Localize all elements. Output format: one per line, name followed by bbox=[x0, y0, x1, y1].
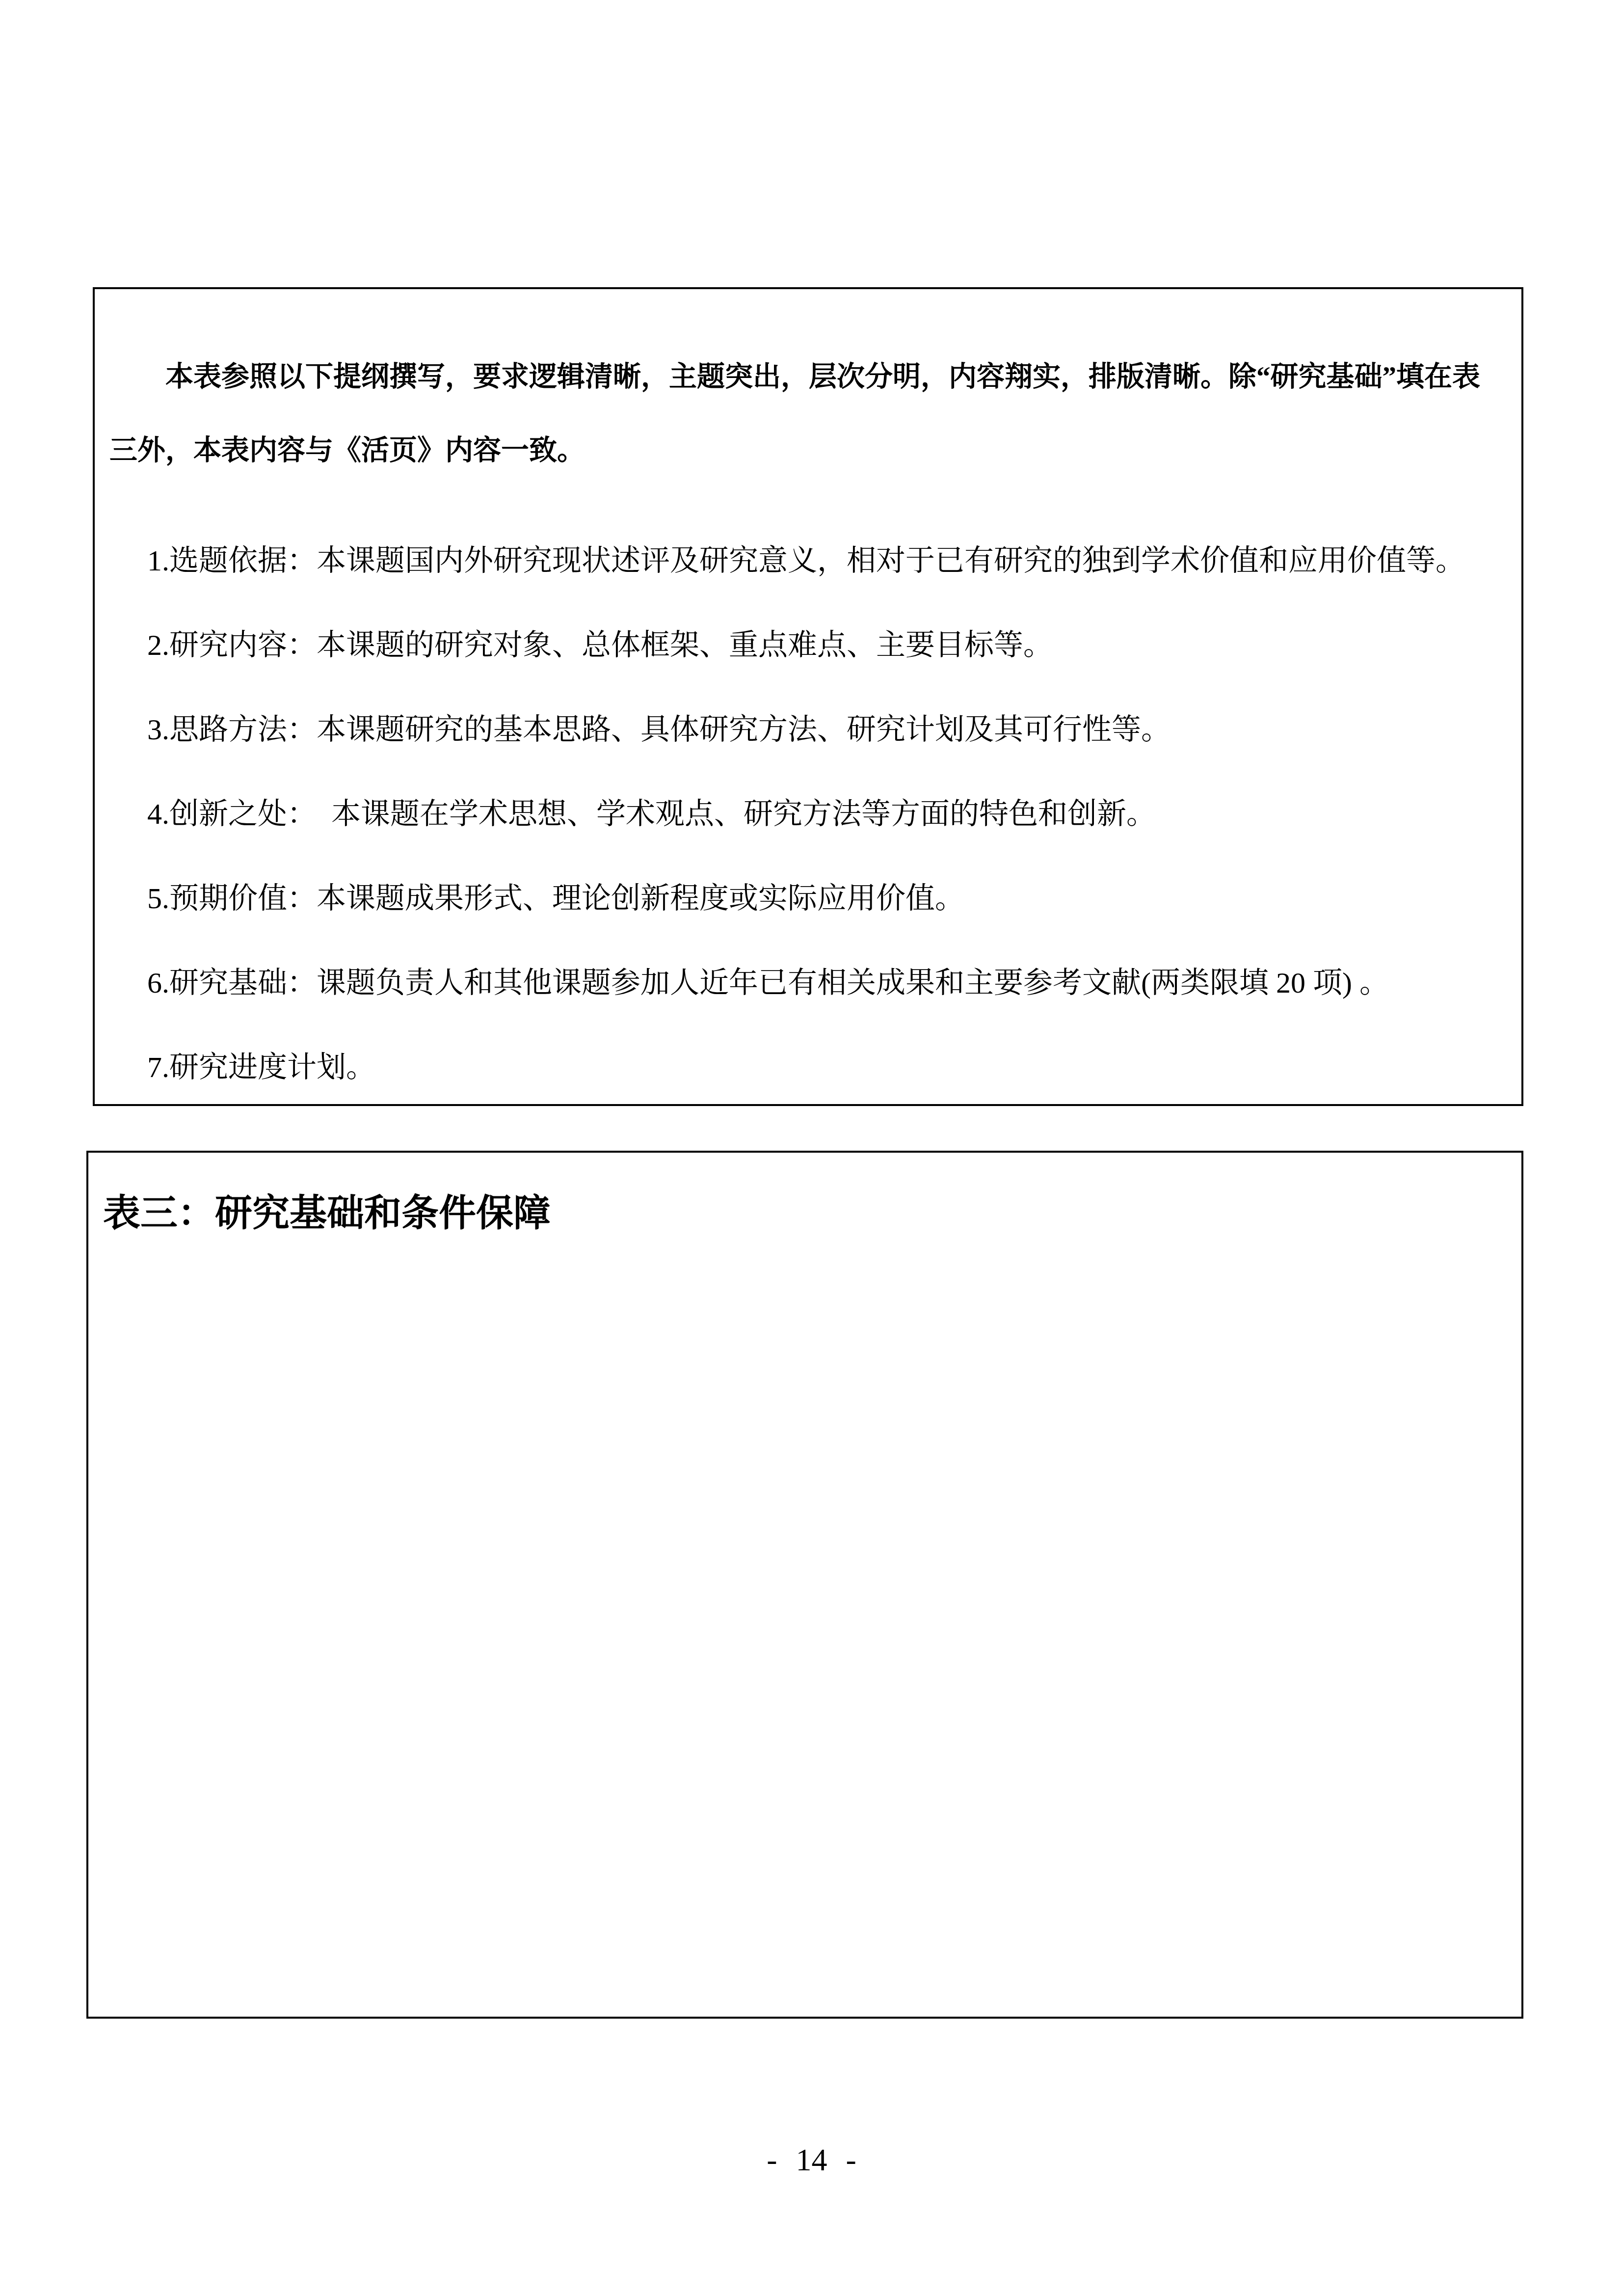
outline-item-6: 6.研究基础：课题负责人和其他课题参加人近年已有相关成果和主要参考文献(两类限填… bbox=[147, 941, 1513, 1025]
outline-item-2: 2.研究内容：本课题的研究对象、总体框架、重点难点、主要目标等。 bbox=[147, 603, 1513, 687]
outline-item-7: 7.研究进度计划。 bbox=[147, 1025, 1513, 1109]
outline-item-1: 1.选题依据：本课题国内外研究现状述评及研究意义，相对于已有研究的独到学术价值和… bbox=[147, 518, 1513, 603]
intro-paragraph-line-1: 本表参照以下提纲撰写，要求逻辑清晰，主题突出，层次分明，内容翔实，排版清晰。除“… bbox=[109, 340, 1513, 414]
outline-item-3: 3.思路方法：本课题研究的基本思路、具体研究方法、研究计划及其可行性等。 bbox=[147, 687, 1513, 772]
intro-paragraph-line-2: 三外，本表内容与《活页》内容一致。 bbox=[109, 414, 1513, 487]
outline-item-4: 4.创新之处： 本课题在学术思想、学术观点、研究方法等方面的特色和创新。 bbox=[147, 772, 1513, 856]
table3-title: 表三：研究基础和条件保障 bbox=[103, 1191, 1521, 1236]
table3-box: 表三：研究基础和条件保障 bbox=[86, 1151, 1523, 2019]
page-number: - 14 - bbox=[0, 2140, 1623, 2180]
outline-item-5: 5.预期价值：本课题成果形式、理论创新程度或实际应用价值。 bbox=[147, 856, 1513, 941]
document-page: { "page": { "number_label": "- 14 -" }, … bbox=[0, 0, 1623, 2296]
instructions-box: 本表参照以下提纲撰写，要求逻辑清晰，主题突出，层次分明，内容翔实，排版清晰。除“… bbox=[93, 287, 1523, 1106]
